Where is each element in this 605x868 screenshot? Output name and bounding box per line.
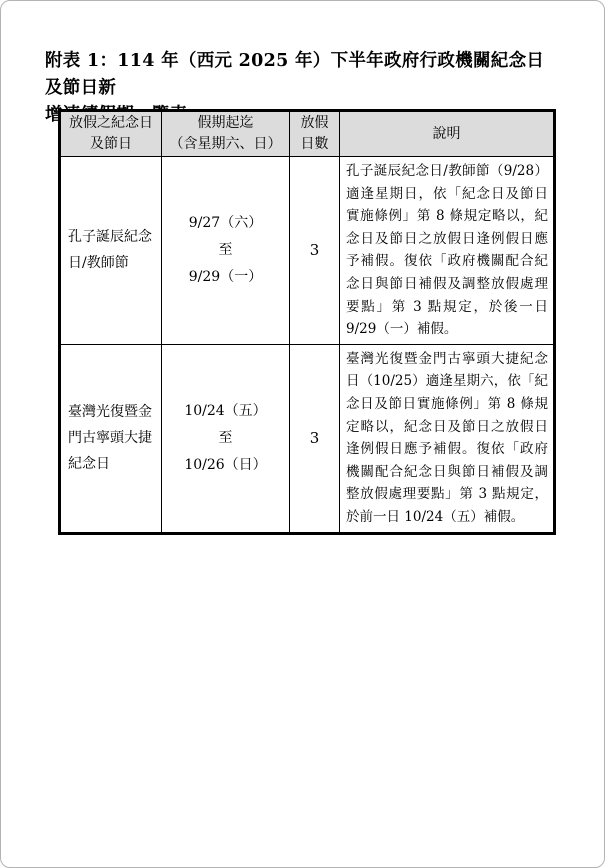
header-holiday-name: 放假之紀念日 及節日 xyxy=(60,111,162,157)
period-start: 10/24（五） xyxy=(164,398,287,425)
page-title-line1: 附表 1：114 年（西元 2025 年）下半年政府行政機關紀念日及節日新 xyxy=(45,48,560,102)
document-page: 附表 1：114 年（西元 2025 年）下半年政府行政機關紀念日及節日新 增連… xyxy=(0,0,605,868)
holiday-name: 臺灣光復暨金門古寧頭大捷紀念日 xyxy=(60,344,162,533)
holiday-period: 10/24（五） 至 10/26（日） xyxy=(162,344,290,533)
period-to: 至 xyxy=(164,237,287,264)
header-holiday-period: 假期起迄 （含星期六、日） xyxy=(162,111,290,157)
holiday-name: 孔子誕辰紀念日/教師節 xyxy=(60,157,162,345)
period-to: 至 xyxy=(164,425,287,452)
header-holiday-days: 放假 日數 xyxy=(290,111,340,157)
holiday-period: 9/27（六） 至 9/29（一） xyxy=(162,157,290,345)
table-header-row: 放假之紀念日 及節日 假期起迄 （含星期六、日） 放假 日數 說明 xyxy=(60,111,555,157)
table-row: 臺灣光復暨金門古寧頭大捷紀念日 10/24（五） 至 10/26（日） 3 臺灣… xyxy=(60,344,555,533)
period-end: 10/26（日） xyxy=(164,452,287,479)
header-description: 說明 xyxy=(340,111,555,157)
period-start: 9/27（六） xyxy=(164,210,287,237)
holiday-days: 3 xyxy=(290,344,340,533)
holiday-description: 孔子誕辰紀念日/教師節（9/28）適逢星期日，依「紀念日及節日實施條例」第 8 … xyxy=(340,157,555,345)
holiday-days: 3 xyxy=(290,157,340,345)
period-end: 9/29（一） xyxy=(164,264,287,291)
holiday-description: 臺灣光復暨金門古寧頭大捷紀念日（10/25）適逢星期六，依「紀念日及節日實施條例… xyxy=(340,344,555,533)
holiday-table: 放假之紀念日 及節日 假期起迄 （含星期六、日） 放假 日數 說明 孔子誕辰紀念… xyxy=(58,109,556,535)
table-row: 孔子誕辰紀念日/教師節 9/27（六） 至 9/29（一） 3 孔子誕辰紀念日/… xyxy=(60,157,555,345)
